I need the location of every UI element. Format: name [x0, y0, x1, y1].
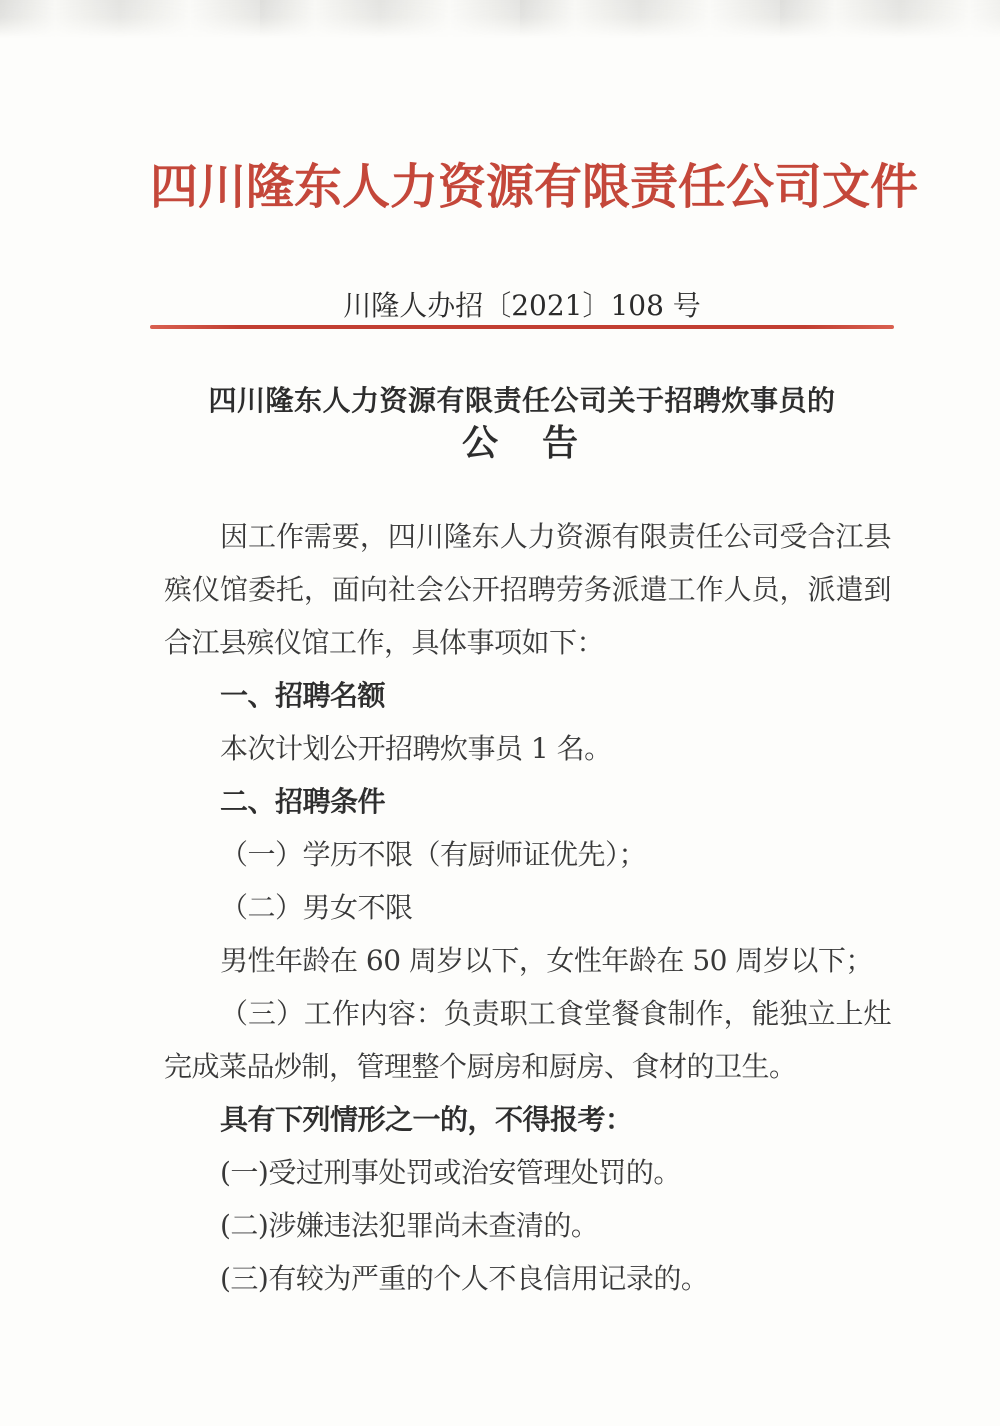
notice-title-line2: 公 告 — [150, 422, 894, 464]
paragraph-gender-req: （二）男女不限 — [164, 881, 891, 934]
scanned-document-page: 四川隆东人力资源有限责任公司文件 川隆人办招〔2021〕108 号 四川隆东人力… — [0, 0, 1000, 1426]
paragraph-education-req: （一）学历不限（有厨师证优先）； — [164, 828, 891, 881]
subheading-disqualifications: 具有下列情形之一的，不得报考： — [164, 1093, 891, 1146]
section-heading-requirements: 二、招聘条件 — [164, 775, 891, 828]
paragraph-job-duties: （三）工作内容：负责职工食堂餐食制作，能独立上灶完成菜品炒制，管理整个厨房和厨房… — [164, 987, 891, 1093]
paragraph-age-req: 男性年龄在 60 周岁以下，女性年龄在 50 周岁以下； — [164, 934, 891, 987]
paragraph-intro: 因工作需要，四川隆东人力资源有限责任公司受合江县殡仪馆委托，面向社会公开招聘劳务… — [164, 510, 891, 669]
paragraph-disqualification-2: (二)涉嫌违法犯罪尚未查清的。 — [164, 1199, 891, 1252]
document-reference-number: 川隆人办招〔2021〕108 号 — [150, 284, 894, 324]
header-divider-rule — [150, 325, 894, 329]
scan-artifact-top-edge — [0, 0, 1000, 38]
notice-title-line1: 四川隆东人力资源有限责任公司关于招聘炊事员的 — [150, 384, 894, 418]
document-header-org-title: 四川隆东人力资源有限责任公司文件 — [150, 148, 894, 217]
notice-title: 四川隆东人力资源有限责任公司关于招聘炊事员的 公 告 — [150, 384, 894, 464]
paragraph-disqualification-3: (三)有较为严重的个人不良信用记录的。 — [164, 1252, 891, 1305]
document-body: 因工作需要，四川隆东人力资源有限责任公司受合江县殡仪馆委托，面向社会公开招聘劳务… — [164, 510, 891, 1305]
section-heading-recruit-quota: 一、招聘名额 — [164, 669, 891, 722]
paragraph-disqualification-1: (一)受过刑事处罚或治安管理处罚的。 — [164, 1146, 891, 1199]
paragraph-quota-detail: 本次计划公开招聘炊事员 1 名。 — [164, 722, 891, 775]
